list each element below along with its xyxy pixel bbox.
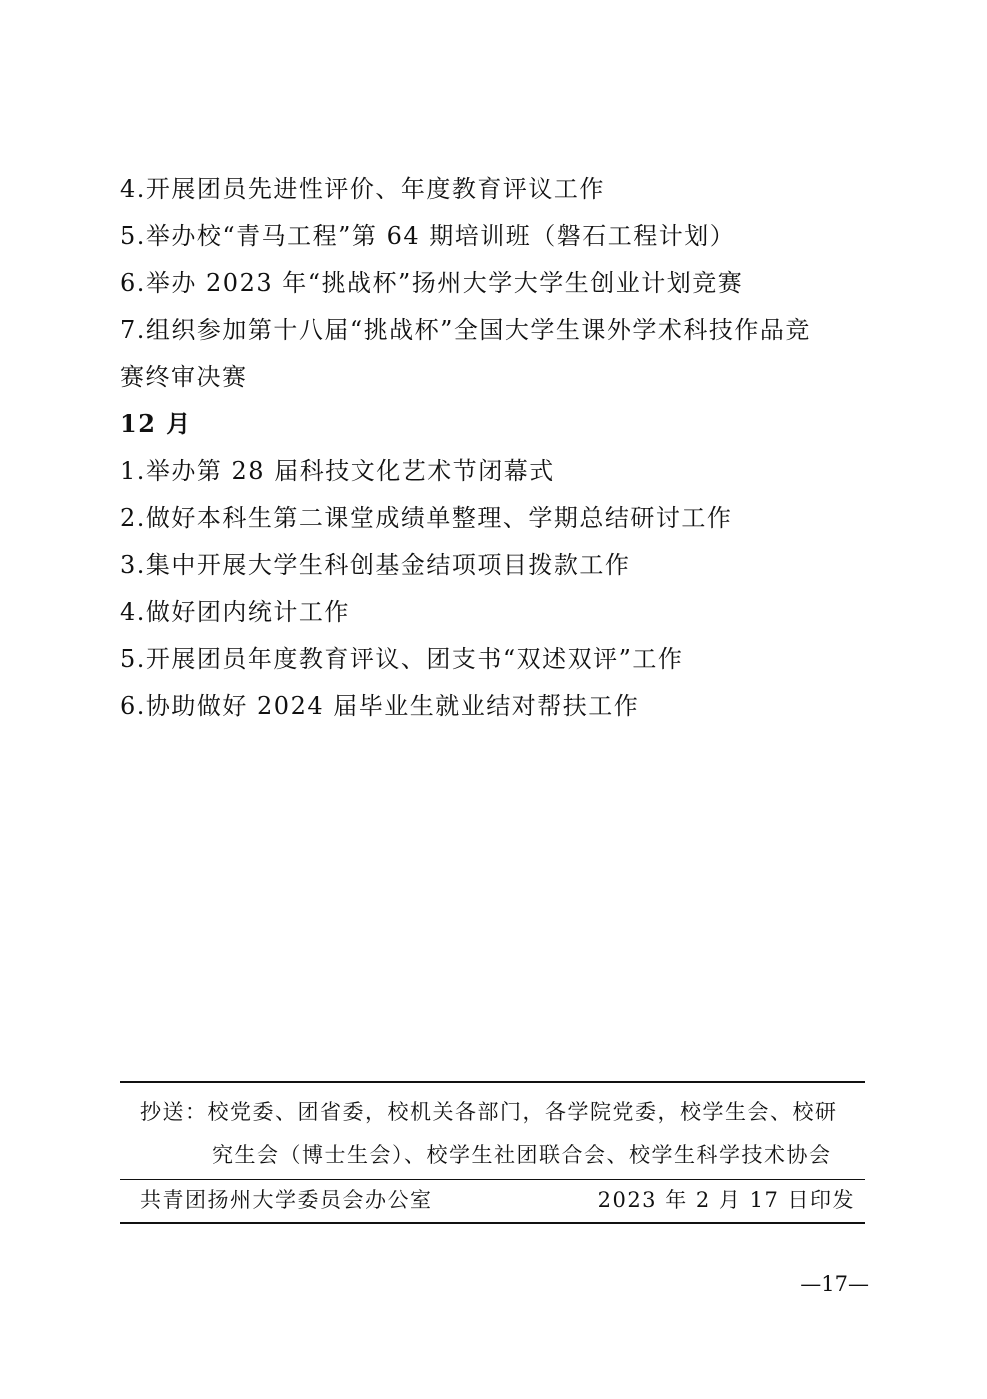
issuer-name: 共青团扬州大学委员会办公室 — [140, 1186, 433, 1214]
plan-item: 6.举办 2023 年“挑战杯”扬州大学大学生创业计划竞赛 — [120, 268, 743, 298]
footer-middle-rule — [120, 1179, 865, 1180]
cc-recipients-line-1: 抄送：校党委、团省委，校机关各部门，各学院党委，校学生会、校研 — [140, 1098, 838, 1126]
december-item: 4.做好团内统计工作 — [120, 597, 350, 627]
december-item: 6.协助做好 2024 届毕业生就业结对帮扶工作 — [120, 691, 639, 721]
section-heading-december: 12 月 — [120, 409, 192, 439]
plan-item: 7.组织参加第十八届“挑战杯”全国大学生课外学术科技作品竞 — [120, 315, 811, 345]
plan-item: 5.举办校“青马工程”第 64 期培训班（磐石工程计划） — [120, 221, 735, 251]
december-item: 2.做好本科生第二课堂成绩单整理、学期总结研讨工作 — [120, 503, 732, 533]
issue-date: 2023 年 2 月 17 日印发 — [598, 1186, 855, 1214]
footer-top-rule — [120, 1081, 865, 1083]
document-page: 4.开展团员先进性评价、年度教育评议工作 5.举办校“青马工程”第 64 期培训… — [0, 0, 987, 1399]
plan-item: 4.开展团员先进性评价、年度教育评议工作 — [120, 174, 605, 204]
december-item: 5.开展团员年度教育评议、团支书“双述双评”工作 — [120, 644, 683, 674]
december-item: 1.举办第 28 届科技文化艺术节闭幕式 — [120, 456, 555, 486]
footer-bottom-rule — [120, 1222, 865, 1224]
cc-recipients-line-2: 究生会（博士生会）、校学生社团联合会、校学生科学技术协会 — [212, 1141, 832, 1169]
page-number: —17— — [800, 1270, 869, 1298]
december-item: 3.集中开展大学生科创基金结项项目拨款工作 — [120, 550, 630, 580]
plan-item-continuation: 赛终审决赛 — [120, 362, 248, 392]
